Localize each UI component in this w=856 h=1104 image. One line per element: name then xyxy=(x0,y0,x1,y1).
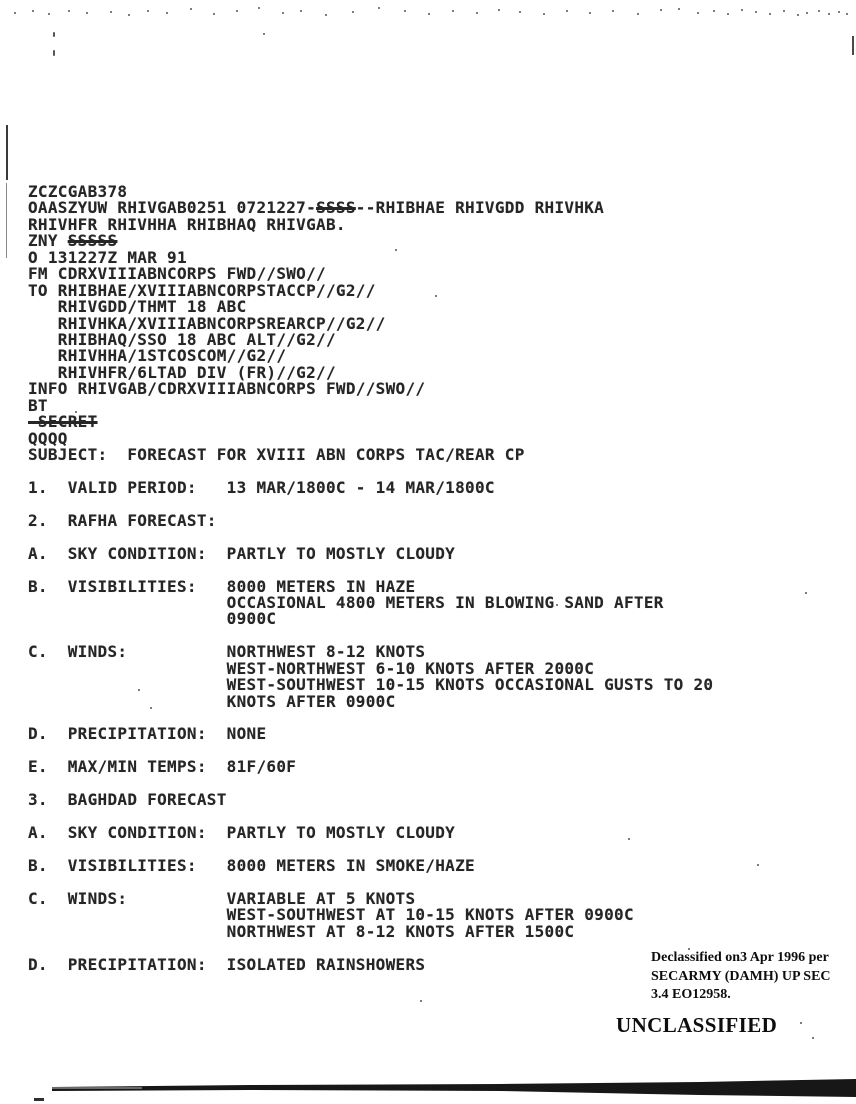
scan-speck xyxy=(378,7,380,9)
scan-speck xyxy=(697,12,699,14)
scan-artifact-bottom-bar xyxy=(0,1076,856,1104)
scan-speck xyxy=(828,13,830,15)
message-line: KNOTS AFTER 0900C xyxy=(28,694,713,710)
scan-speck xyxy=(612,10,614,12)
message-line: BT xyxy=(28,398,713,414)
declassification-stamp-line: Declassified on3 Apr 1996 per xyxy=(651,949,831,968)
message-line: D. PRECIPITATION: NONE xyxy=(28,726,713,742)
scan-speck xyxy=(48,13,50,15)
scan-speck xyxy=(452,10,454,12)
scan-speck xyxy=(68,10,70,12)
scan-artifact-right-tick xyxy=(852,36,854,55)
message-line: B. VISIBILITIES: 8000 METERS IN SMOKE/HA… xyxy=(28,858,713,874)
message-line: 3. BAGHDAD FORECAST xyxy=(28,792,713,808)
scan-artifact-dash xyxy=(34,1098,44,1101)
scan-speck xyxy=(166,12,168,14)
scan-speck xyxy=(805,592,807,594)
message-line: -SECRET xyxy=(28,414,713,430)
scan-speck xyxy=(420,1000,422,1002)
scan-speck xyxy=(32,10,34,12)
scan-speck xyxy=(236,10,238,12)
scan-speck xyxy=(727,13,729,15)
scan-speck xyxy=(769,13,771,15)
scan-speck xyxy=(678,8,680,10)
message-line: A. SKY CONDITION: PARTLY TO MOSTLY CLOUD… xyxy=(28,546,713,562)
scan-speck xyxy=(660,9,662,11)
message-line: E. MAX/MIN TEMPS: 81F/60F xyxy=(28,759,713,775)
scan-speck xyxy=(190,8,192,10)
scan-speck xyxy=(428,13,430,15)
message-line: 0900C xyxy=(28,611,713,627)
scan-speck xyxy=(797,14,799,16)
scanned-document-page: ZCZCGAB378OAASZYUW RHIVGAB0251 0721227-S… xyxy=(0,0,856,1104)
message-line: 2. RAFHA FORECAST: xyxy=(28,513,713,529)
classification-stamp: UNCLASSIFIED xyxy=(616,1013,777,1038)
declassification-stamp-line: 3.4 EO12958. xyxy=(651,986,831,1005)
scan-speck xyxy=(543,13,545,15)
scan-artifact-left-line xyxy=(6,125,8,180)
scan-speck xyxy=(637,13,639,15)
scan-speck xyxy=(300,10,302,12)
message-line: A. SKY CONDITION: PARTLY TO MOSTLY CLOUD… xyxy=(28,825,713,841)
scan-speck xyxy=(325,14,327,16)
scan-speck xyxy=(757,864,759,866)
message-line: D. PRECIPITATION: ISOLATED RAINSHOWERS xyxy=(28,957,713,973)
scan-speck xyxy=(53,32,55,37)
scan-speck xyxy=(800,1022,802,1024)
declassification-stamp-line: SECARMY (DAMH) UP SEC xyxy=(651,968,831,987)
scan-artifact-left-line-faint xyxy=(6,183,7,258)
scan-speck xyxy=(806,12,808,14)
scan-speck xyxy=(566,10,568,12)
scan-speck xyxy=(519,11,521,13)
scan-speck xyxy=(404,10,406,12)
message-line: SUBJECT: FORECAST FOR XVIII ABN CORPS TA… xyxy=(28,447,713,463)
declassification-stamp: Declassified on3 Apr 1996 per SECARMY (D… xyxy=(651,949,831,1005)
scan-speck xyxy=(476,12,478,14)
scan-speck xyxy=(14,12,16,14)
scan-speck xyxy=(86,12,88,14)
scan-speck xyxy=(282,12,284,14)
scan-speck xyxy=(498,9,500,11)
scan-speck xyxy=(713,10,715,12)
scan-speck xyxy=(589,12,591,14)
scan-speck xyxy=(263,33,265,35)
scan-speck xyxy=(783,10,785,12)
scan-speck xyxy=(213,13,215,15)
scan-speck xyxy=(812,1037,814,1039)
scan-speck xyxy=(110,11,112,13)
scan-speck xyxy=(755,11,757,13)
message-line: RHIVHFR RHIVHHA RHIBHAQ RHIVGAB. xyxy=(28,217,713,233)
scan-speck xyxy=(258,7,260,9)
message-body: ZCZCGAB378OAASZYUW RHIVGAB0251 0721227-S… xyxy=(28,184,713,973)
scan-speck xyxy=(53,50,55,56)
scan-speck xyxy=(352,11,354,13)
message-line: INFO RHIVGAB/CDRXVIIIABNCORPS FWD//SWO// xyxy=(28,381,713,397)
scan-speck xyxy=(128,14,130,16)
scan-speck xyxy=(818,10,820,12)
scan-speck xyxy=(741,9,743,11)
message-line: NORTHWEST AT 8-12 KNOTS AFTER 1500C xyxy=(28,924,713,940)
scan-speck xyxy=(846,13,848,15)
scan-speck xyxy=(147,10,149,12)
scan-speck xyxy=(838,11,840,13)
message-line: 1. VALID PERIOD: 13 MAR/1800C - 14 MAR/1… xyxy=(28,480,713,496)
